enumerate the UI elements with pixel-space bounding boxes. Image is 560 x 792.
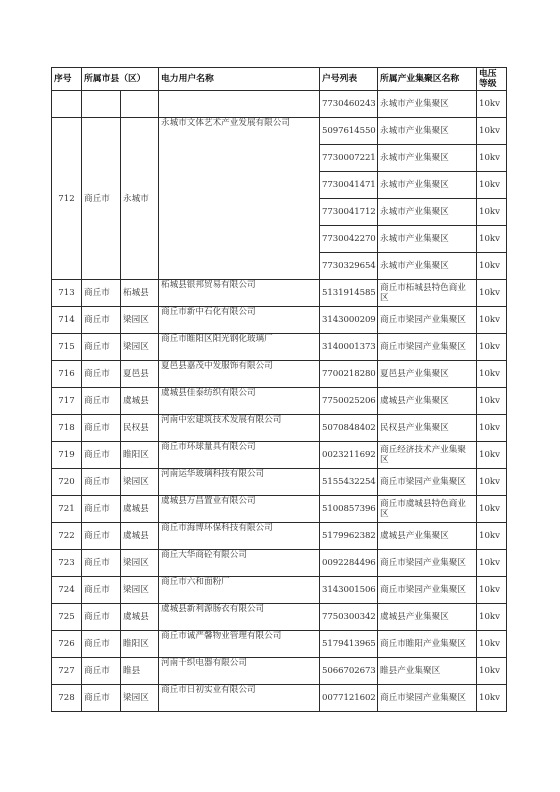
county-cell: 睢阳区 [121,631,159,658]
seq-cell: 713 [52,280,82,307]
account-cell: 5066702673 [320,658,378,685]
voltage-cell: 10kv [477,199,507,226]
city-cell: 商丘市 [82,685,121,712]
cluster-cell: 虞城县产业集聚区 [378,388,477,415]
account-cell: 7750025206 [320,388,378,415]
county-cell: 梁园区 [121,550,159,577]
customer-name-cell [159,91,320,118]
customer-name-cell: 永城市文体艺术产业发展有限公司 [159,118,320,280]
table-row: 728 商丘市 梁园区 商丘市日初实业有限公司 0077121602 商丘市梁园… [52,685,507,712]
table-row: 713 商丘市 柘城县 柘城县银邦贸易有限公司 5131914585 商丘市柘城… [52,280,507,307]
seq-cell: 726 [52,631,82,658]
table-row: 718 商丘市 民权县 河南中宏建筑技术发展有限公司 5070848402 民权… [52,415,507,442]
customer-name-cell: 虞城县万昌置业有限公司 [159,496,320,523]
voltage-cell: 10kv [477,172,507,199]
voltage-cell: 10kv [477,631,507,658]
cluster-cell: 永城市产业集聚区 [378,91,477,118]
customer-name-cell: 河南千织电器有限公司 [159,658,320,685]
customer-name-cell: 商丘市睢阳区阳光钢化玻璃厂 [159,334,320,361]
table-row: 727 商丘市 睢县 河南千织电器有限公司 5066702673 睢县产业集聚区… [52,658,507,685]
account-cell: 3143001506 [320,577,378,604]
voltage-cell: 10kv [477,118,507,145]
city-cell: 商丘市 [82,118,121,280]
customer-name-cell: 商丘市新中石化有限公司 [159,307,320,334]
cluster-cell: 商丘市梁园产业集聚区 [378,469,477,496]
cluster-cell: 商丘市虞城县特色商业区 [378,496,477,523]
city-cell: 商丘市 [82,415,121,442]
customer-name-cell: 柘城县银邦贸易有限公司 [159,280,320,307]
county-cell: 梁园区 [121,307,159,334]
seq-cell: 725 [52,604,82,631]
cluster-cell: 商丘市梁园产业集聚区 [378,307,477,334]
county-cell: 虞城县 [121,388,159,415]
header-region: 所属市县（区） [82,68,159,91]
voltage-cell: 10kv [477,226,507,253]
account-cell: 3140001373 [320,334,378,361]
customer-name-cell: 河南中宏建筑技术发展有限公司 [159,415,320,442]
county-cell: 睢阳区 [121,442,159,469]
table-row: 722 商丘市 虞城县 商丘市海博环保科技有限公司 5179962382 虞城县… [52,523,507,550]
voltage-cell: 10kv [477,415,507,442]
account-cell: 7750300342 [320,604,378,631]
account-cell: 7730460243 [320,91,378,118]
county-cell: 虞城县 [121,604,159,631]
cluster-cell: 永城市产业集聚区 [378,118,477,145]
county-cell: 柘城县 [121,280,159,307]
account-cell: 5155432254 [320,469,378,496]
account-cell: 0092284496 [320,550,378,577]
header-seq: 序号 [52,68,82,91]
county-cell: 虞城县 [121,523,159,550]
cluster-cell: 商丘市梁园产业集聚区 [378,685,477,712]
table-row: 721 商丘市 虞城县 虞城县万昌置业有限公司 5100857396 商丘市虞城… [52,496,507,523]
city-cell: 商丘市 [82,658,121,685]
account-cell: 5070848402 [320,415,378,442]
table-row: 714 商丘市 梁园区 商丘市新中石化有限公司 3143000209 商丘市梁园… [52,307,507,334]
city-cell: 商丘市 [82,631,121,658]
city-cell: 商丘市 [82,388,121,415]
table-row: 715 商丘市 梁园区 商丘市睢阳区阳光钢化玻璃厂 3140001373 商丘市… [52,334,507,361]
cluster-cell: 民权县产业集聚区 [378,415,477,442]
account-cell: 7730007221 [320,145,378,172]
header-voltage-line2: 等级 [479,79,504,89]
cluster-cell: 永城市产业集聚区 [378,226,477,253]
table-row-continued: 7730460243 永城市产业集聚区 10kv [52,91,507,118]
seq-cell: 728 [52,685,82,712]
seq-cell: 724 [52,577,82,604]
voltage-cell: 10kv [477,496,507,523]
city-cell: 商丘市 [82,361,121,388]
table-row: 717 商丘市 虞城县 虞城县佳泰纺织有限公司 7750025206 虞城县产业… [52,388,507,415]
voltage-cell: 10kv [477,577,507,604]
city-cell: 商丘市 [82,550,121,577]
header-voltage: 电压 等级 [477,68,507,91]
voltage-cell: 10kv [477,361,507,388]
table-row: 720 商丘市 梁园区 河南运华玻璃科技有限公司 5155432254 商丘市梁… [52,469,507,496]
customer-name-cell: 商丘市诚严馨物业管理有限公司 [159,631,320,658]
cluster-cell: 商丘市睢阳产业集聚区 [378,631,477,658]
city-cell: 商丘市 [82,577,121,604]
account-cell: 7730329654 [320,253,378,280]
city-cell: 商丘市 [82,496,121,523]
cluster-cell: 永城市产业集聚区 [378,145,477,172]
county-cell: 永城市 [121,118,159,280]
header-cluster-name: 所属产业集聚区名称 [378,68,477,91]
customer-name-cell: 虞城县佳泰纺织有限公司 [159,388,320,415]
table-row: 725 商丘市 虞城县 虞城县新利源肠衣有限公司 7750300342 虞城县产… [52,604,507,631]
customer-name-cell: 虞城县新利源肠衣有限公司 [159,604,320,631]
voltage-cell: 10kv [477,604,507,631]
voltage-cell: 10kv [477,334,507,361]
account-cell: 5131914585 [320,280,378,307]
cluster-cell: 夏邑县产业集聚区 [378,361,477,388]
account-cell: 0077121602 [320,685,378,712]
voltage-cell: 10kv [477,685,507,712]
account-cell: 5179413965 [320,631,378,658]
county-cell [121,91,159,118]
county-cell: 梁园区 [121,577,159,604]
account-cell: 0023211692 [320,442,378,469]
county-cell: 梁园区 [121,685,159,712]
voltage-cell: 10kv [477,388,507,415]
customer-name-cell: 夏邑县嘉茂中发服饰有限公司 [159,361,320,388]
power-customer-table: 序号 所属市县（区） 电力用户名称 户号列表 所属产业集聚区名称 电压 等级 7… [51,67,507,712]
account-cell: 7730042270 [320,226,378,253]
customer-name-cell: 商丘市环球量具有限公司 [159,442,320,469]
county-cell: 夏邑县 [121,361,159,388]
account-cell: 7730041471 [320,172,378,199]
city-cell: 商丘市 [82,442,121,469]
table-row: 719 商丘市 睢阳区 商丘市环球量具有限公司 0023211692 商丘经济技… [52,442,507,469]
voltage-cell: 10kv [477,145,507,172]
county-cell: 梁园区 [121,334,159,361]
customer-name-cell: 商丘市日初实业有限公司 [159,685,320,712]
city-cell: 商丘市 [82,334,121,361]
customer-name-cell: 河南运华玻璃科技有限公司 [159,469,320,496]
county-cell: 虞城县 [121,496,159,523]
account-cell: 3143000209 [320,307,378,334]
seq-cell: 721 [52,496,82,523]
seq-cell: 720 [52,469,82,496]
voltage-cell: 10kv [477,307,507,334]
cluster-cell: 虞城县产业集聚区 [378,604,477,631]
seq-cell: 719 [52,442,82,469]
seq-cell [52,91,82,118]
seq-cell: 712 [52,118,82,280]
account-cell: 5097614550 [320,118,378,145]
city-cell: 商丘市 [82,280,121,307]
city-cell: 商丘市 [82,523,121,550]
table-row: 724 商丘市 梁园区 商丘市六和面粉厂 3143001506 商丘市梁园产业集… [52,577,507,604]
county-cell: 民权县 [121,415,159,442]
account-cell: 5179962382 [320,523,378,550]
seq-cell: 723 [52,550,82,577]
customer-name-cell: 商丘市六和面粉厂 [159,577,320,604]
customer-name-cell: 商丘市海博环保科技有限公司 [159,523,320,550]
header-account-list: 户号列表 [320,68,378,91]
voltage-cell: 10kv [477,280,507,307]
seq-cell: 714 [52,307,82,334]
voltage-cell: 10kv [477,253,507,280]
seq-cell: 718 [52,415,82,442]
cluster-cell: 虞城县产业集聚区 [378,523,477,550]
cluster-cell: 永城市产业集聚区 [378,199,477,226]
voltage-cell: 10kv [477,658,507,685]
table-row: 726 商丘市 睢阳区 商丘市诚严馨物业管理有限公司 5179413965 商丘… [52,631,507,658]
seq-cell: 715 [52,334,82,361]
cluster-cell: 商丘市梁园产业集聚区 [378,334,477,361]
account-cell: 5100857396 [320,496,378,523]
account-cell: 7730041712 [320,199,378,226]
city-cell: 商丘市 [82,604,121,631]
seq-cell: 717 [52,388,82,415]
cluster-cell: 永城市产业集聚区 [378,253,477,280]
voltage-cell: 10kv [477,469,507,496]
voltage-cell: 10kv [477,523,507,550]
county-cell: 睢县 [121,658,159,685]
table-header-row: 序号 所属市县（区） 电力用户名称 户号列表 所属产业集聚区名称 电压 等级 [52,68,507,91]
seq-cell: 727 [52,658,82,685]
table-row: 716 商丘市 夏邑县 夏邑县嘉茂中发服饰有限公司 7700218280 夏邑县… [52,361,507,388]
city-cell: 商丘市 [82,307,121,334]
customer-name-cell: 商丘大华商砼有限公司 [159,550,320,577]
city-cell: 商丘市 [82,469,121,496]
cluster-cell: 商丘市梁园产业集聚区 [378,550,477,577]
table-row-712: 712 商丘市 永城市 永城市文体艺术产业发展有限公司 5097614550 永… [52,118,507,145]
header-voltage-line1: 电压 [479,69,504,79]
county-cell: 梁园区 [121,469,159,496]
seq-cell: 716 [52,361,82,388]
cluster-cell: 商丘市柘城县特色商业区 [378,280,477,307]
cluster-cell: 睢县产业集聚区 [378,658,477,685]
city-cell [82,91,121,118]
table-row: 723 商丘市 梁园区 商丘大华商砼有限公司 0092284496 商丘市梁园产… [52,550,507,577]
account-cell: 7700218280 [320,361,378,388]
voltage-cell: 10kv [477,550,507,577]
seq-cell: 722 [52,523,82,550]
cluster-cell: 永城市产业集聚区 [378,172,477,199]
cluster-cell: 商丘经济技术产业集聚区 [378,442,477,469]
voltage-cell: 10kv [477,91,507,118]
header-customer-name: 电力用户名称 [159,68,320,91]
voltage-cell: 10kv [477,442,507,469]
cluster-cell: 商丘市梁园产业集聚区 [378,577,477,604]
